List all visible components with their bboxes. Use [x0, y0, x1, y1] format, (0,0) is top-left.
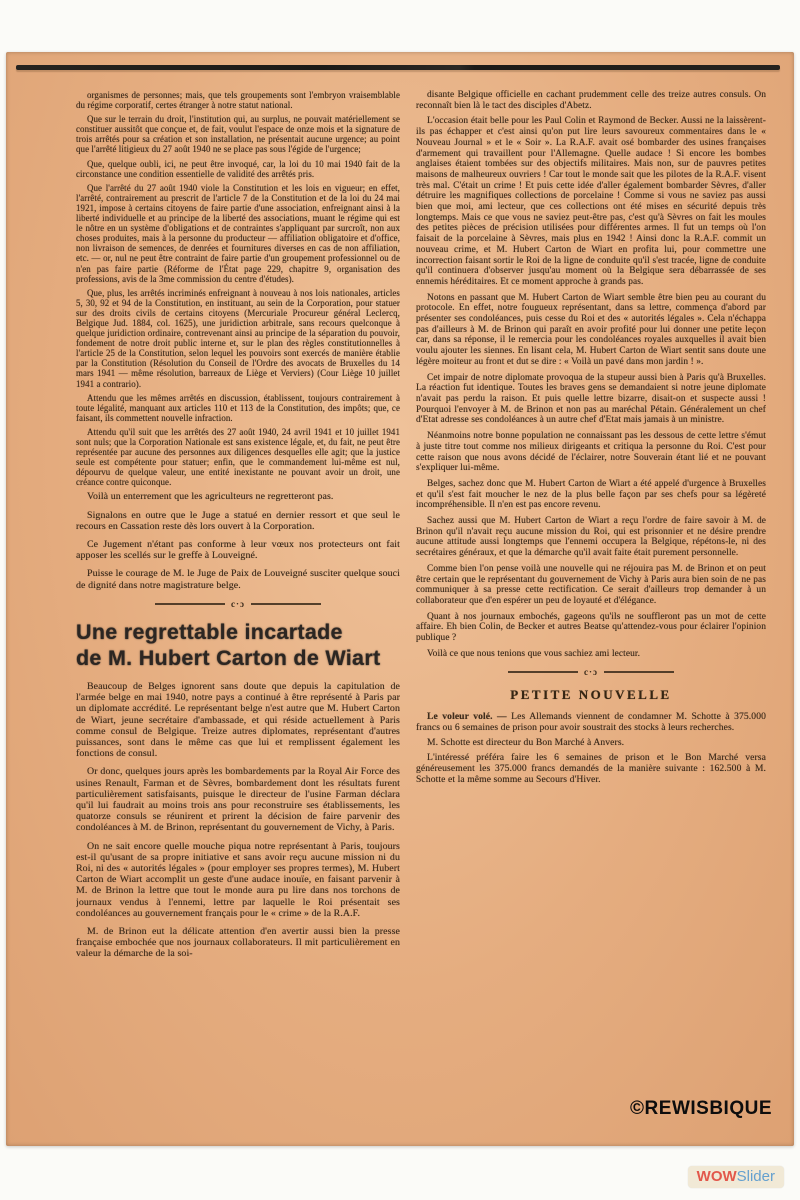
section-divider-ornament: c·ɔ [76, 599, 400, 609]
article-body-left: Beaucoup de Belges ignorent sans doute q… [76, 681, 400, 960]
paragraph: Signalons en outre que le Juge a statué … [76, 510, 400, 532]
paragraph: Voilà ce que nous tenions que vous sachi… [416, 649, 766, 660]
paragraph: Cet impair de notre diplomate provoqua d… [416, 373, 766, 427]
wowslider-badge-wow: WOW [697, 1168, 737, 1185]
divider-glyph: c·ɔ [584, 667, 598, 677]
masthead-rule [16, 65, 780, 70]
paragraph: L'occasion était belle pour les Paul Col… [416, 116, 766, 287]
paragraph: Néanmoins notre bonne population ne conn… [416, 431, 766, 474]
divider-line [251, 603, 321, 605]
editorial-comment-section: Voilà un enterrement que les agriculteur… [76, 491, 400, 590]
paragraph: Que, quelque oubli, ici, ne peut être in… [76, 159, 400, 179]
paragraph: Or donc, quelques jours après les bombar… [76, 766, 400, 833]
watermark-text: ©REWISBIQUE [630, 1098, 772, 1120]
paragraph: Attendu qu'il suit que les arrêtés des 2… [76, 427, 400, 488]
wowslider-badge-slider: Slider [737, 1168, 775, 1185]
paragraph: Beaucoup de Belges ignorent sans doute q… [76, 681, 400, 759]
paragraph: organismes de personnes; mais, que tels … [76, 90, 400, 110]
paragraph: Quant à nos journaux embochés, gageons q… [416, 612, 766, 644]
paragraph: M. Schotte est directeur du Bon Marché à… [416, 737, 766, 748]
divider-line [604, 671, 674, 673]
divider-line [155, 603, 225, 605]
left-column: organismes de personnes; mais, que tels … [76, 90, 400, 1136]
newspaper-page: organismes de personnes; mais, que tels … [6, 52, 794, 1146]
article-columns: organismes de personnes; mais, que tels … [76, 90, 766, 1136]
section-divider-ornament: c·ɔ [416, 667, 766, 677]
paragraph: Attendu que les mêmes arrêtés en discuss… [76, 393, 400, 423]
paragraph: Le voleur volé. — Les Allemands viennent… [416, 711, 766, 733]
news-section-heading: PETITE NOUVELLE [416, 687, 766, 703]
paragraph-lead: Le voleur volé. — [427, 711, 511, 722]
paragraph: Que sur le terrain du droit, l'instituti… [76, 114, 400, 154]
news-section-body: Le voleur volé. — Les Allemands viennent… [416, 711, 766, 785]
article-body-right: disante Belgique officielle en cachant p… [416, 90, 766, 659]
paragraph: Comme bien l'on pense voilà une nouvelle… [416, 564, 766, 607]
paragraph: Notons en passant que M. Hubert Carton d… [416, 293, 766, 368]
paragraph: disante Belgique officielle en cachant p… [416, 90, 766, 111]
headline-line-1: Une regrettable incartade [76, 620, 343, 644]
divider-line [508, 671, 578, 673]
court-ruling-section: organismes de personnes; mais, que tels … [76, 90, 400, 487]
paragraph: L'intéressé préféra faire les 6 semaines… [416, 752, 766, 785]
headline-line-2: de M. Hubert Carton de Wiart [76, 646, 380, 670]
right-column: disante Belgique officielle en cachant p… [416, 90, 766, 1136]
paragraph: Belges, sachez donc que M. Hubert Carton… [416, 479, 766, 511]
paragraph: Ce Jugement n'étant pas conforme à leur … [76, 539, 400, 561]
paragraph: Que l'arrêté du 27 août 1940 viole la Co… [76, 183, 400, 284]
wowslider-badge[interactable]: WOWSlider [688, 1166, 784, 1188]
article-headline: Une regrettable incartade de M. Hubert C… [76, 619, 400, 671]
paragraph: Puisse le courage de M. le Juge de Paix … [76, 568, 400, 590]
paragraph: Voilà un enterrement que les agriculteur… [76, 491, 400, 502]
paragraph: On ne sait encore quelle mouche piqua no… [76, 841, 400, 919]
divider-glyph: c·ɔ [231, 599, 245, 609]
paragraph: Que, plus, les arrêtés incriminés enfrei… [76, 288, 400, 389]
paragraph: Sachez aussi que M. Hubert Carton de Wia… [416, 516, 766, 559]
paragraph: M. de Brinon eut la délicate attention d… [76, 926, 400, 960]
